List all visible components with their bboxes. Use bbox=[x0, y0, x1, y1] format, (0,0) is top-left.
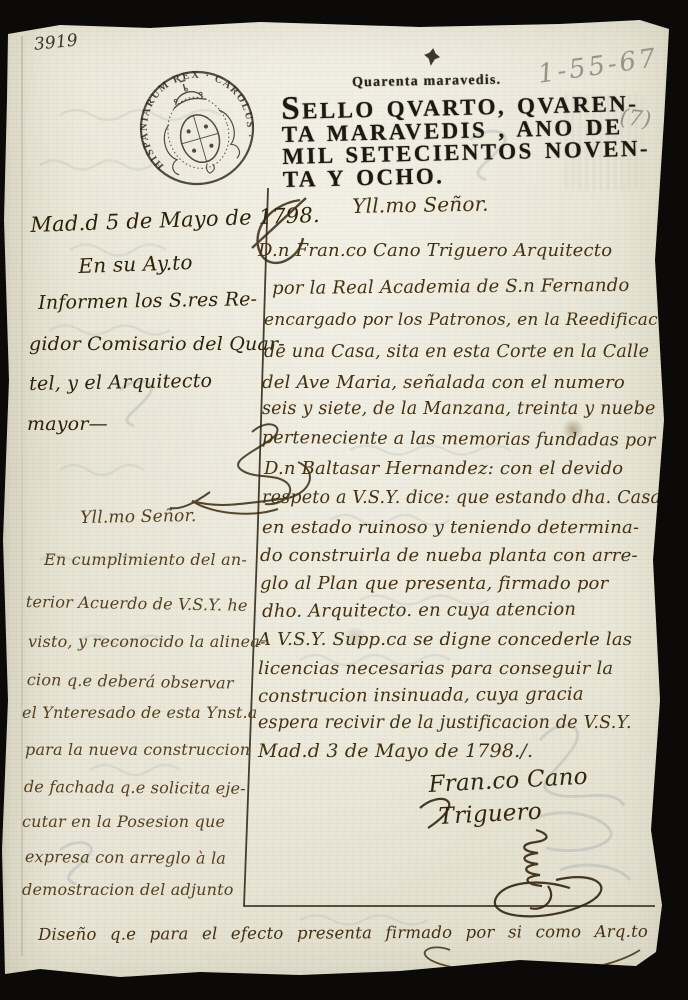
manuscript-page: 3919 1-55-67 (7) HISPANIARUM REX · CAROL… bbox=[0, 0, 688, 1000]
footer-flourish bbox=[0, 0, 688, 1000]
document-scan: 3919 1-55-67 (7) HISPANIARUM REX · CAROL… bbox=[0, 0, 688, 1000]
